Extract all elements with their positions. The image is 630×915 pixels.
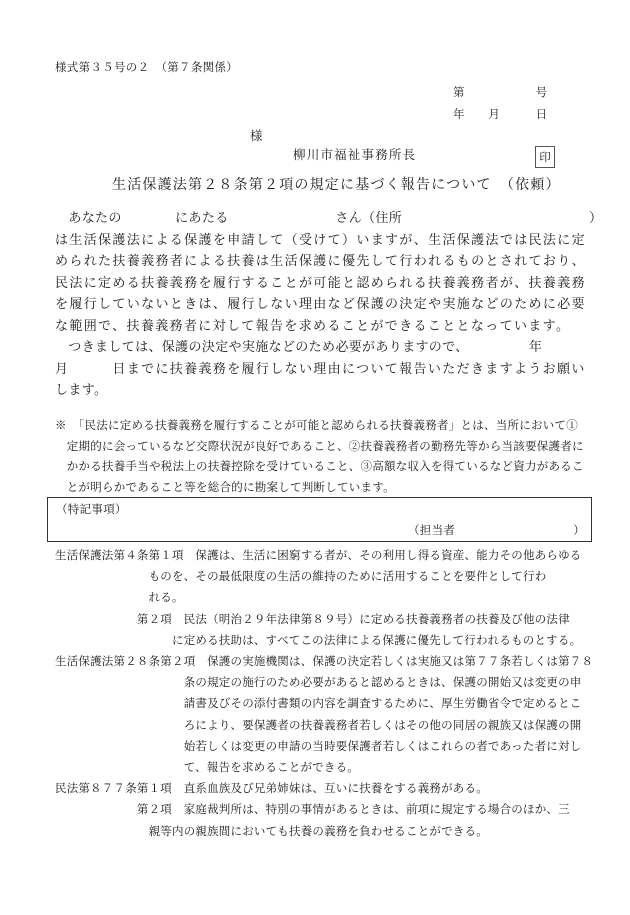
text-line: あなたの にあたる さん（住所 ） (55, 207, 602, 229)
body-paragraphs: あなたの にあたる さん（住所 ）は生活保護法による保護を申請して（受けて）いま… (55, 207, 602, 401)
text-line: な範囲で、扶養義務者に対して報告を求めることができることとなっています。 (55, 315, 602, 337)
text-line: つきましては、保護の決定や実施などのため必要がありますので、 年 (55, 336, 602, 358)
text-line: 第２項 家庭裁判所は、特別の事情があるときは、前項に規定する場合のほか、三 (55, 800, 593, 821)
date-line: 年 月 日 (453, 106, 547, 122)
text-line: ※ 「民法に定める扶養義務を履行することが可能と認められる扶養義務者」とは、当所… (55, 416, 584, 437)
official-seal-box: 印 (535, 146, 555, 168)
text-line: 生活保護法第４条第１項 保護は、生活に困窮する者が、その利用し得る資産、能力その… (55, 546, 593, 567)
text-line: ものを、その最低限度の生活の維持のために活用することを要件として行わ (55, 567, 593, 588)
text-line: 親等内の親族間においても扶養の義務を負わせることができる。 (55, 822, 593, 843)
text-line: します。 (55, 379, 602, 401)
form-number: 様式第３５号の２ （第７条関係） (55, 59, 238, 75)
remarks-label: （特記事項） (56, 501, 127, 517)
text-line: は生活保護法による保護を申請して（受けて）いますが、生活保護法では民法に定 (55, 229, 602, 251)
text-line: かかる扶養手当や税法上の扶養控除を受けていること、③高額な収入を得ているなど資力… (55, 457, 584, 478)
text-line: 生活保護法第２８条第２項 保護の実施機関は、保護の決定若しくは実施又は第７７条若… (55, 652, 593, 673)
text-line: とが明らかであること等を総合的に勘案して判断しています。 (55, 478, 584, 499)
remarks-box: （特記事項） （担当者 ） (47, 497, 592, 542)
text-line: れる。 (55, 588, 593, 609)
text-line: 条の規定の施行のため必要があると認めるときは、保護の開始又は変更の申 (55, 673, 593, 694)
sender-title: 柳川市福祉事務所長 (293, 145, 416, 163)
note-paragraph: ※ 「民法に定める扶養義務を履行することが可能と認められる扶養義務者」とは、当所… (55, 416, 584, 498)
text-line: められた扶養義務者による扶養は生活保護に優先して行われるものとされており、 (55, 250, 602, 272)
text-line: 民法第８７７条第１項 直系血族及び兄弟姉妹は、互いに扶養をする義務がある。 (55, 779, 593, 800)
text-line: 民法に定める扶養義務を履行することが可能と認められる扶養義務者が、扶養義務 (55, 272, 602, 294)
legal-references: 生活保護法第４条第１項 保護は、生活に困窮する者が、その利用し得る資産、能力その… (55, 546, 593, 843)
seal-character: 印 (539, 149, 551, 165)
document-number-line: 第 号 (453, 84, 547, 100)
text-line: に定める扶助は、すべてこの法律による保護に優先して行われるものとする。 (55, 631, 593, 652)
text-line: 始若しくは変更の申請の当時要保護者若しくはこれらの者であった者に対し (55, 737, 593, 758)
document-title: 生活保護法第２８条第２項の規定に基づく報告について （依頼） (112, 174, 561, 194)
text-line: 第２項 民法（明治２９年法律第８９号）に定める扶養義務者の扶養及び他の法律 (55, 610, 593, 631)
text-line: ろにより、要保護者の扶養義務者若しくはその他の同居の親族又は保護の開 (55, 716, 593, 737)
addressee-honorific: 様 (250, 126, 263, 144)
text-line: 請書及びその添付書類の内容を調査するために、厚生労働省令で定めるとこ (55, 694, 593, 715)
text-line: を履行していないときは、履行しない理由など保護の決定や実施などのために必要 (55, 293, 602, 315)
text-line: て、報告を求めることができる。 (55, 758, 593, 779)
staff-in-charge-line: （担当者 ） (408, 522, 585, 538)
document-page: 様式第３５号の２ （第７条関係） 第 号 年 月 日 様 柳川市福祉事務所長 印… (0, 0, 630, 915)
text-line: 月 日までに扶養義務を履行しない理由について報告いただきますようお願い (55, 358, 602, 380)
text-line: 定期的に会っているなど交際状況が良好であること、②扶養義務者の勤務先等から当該要… (55, 437, 584, 458)
